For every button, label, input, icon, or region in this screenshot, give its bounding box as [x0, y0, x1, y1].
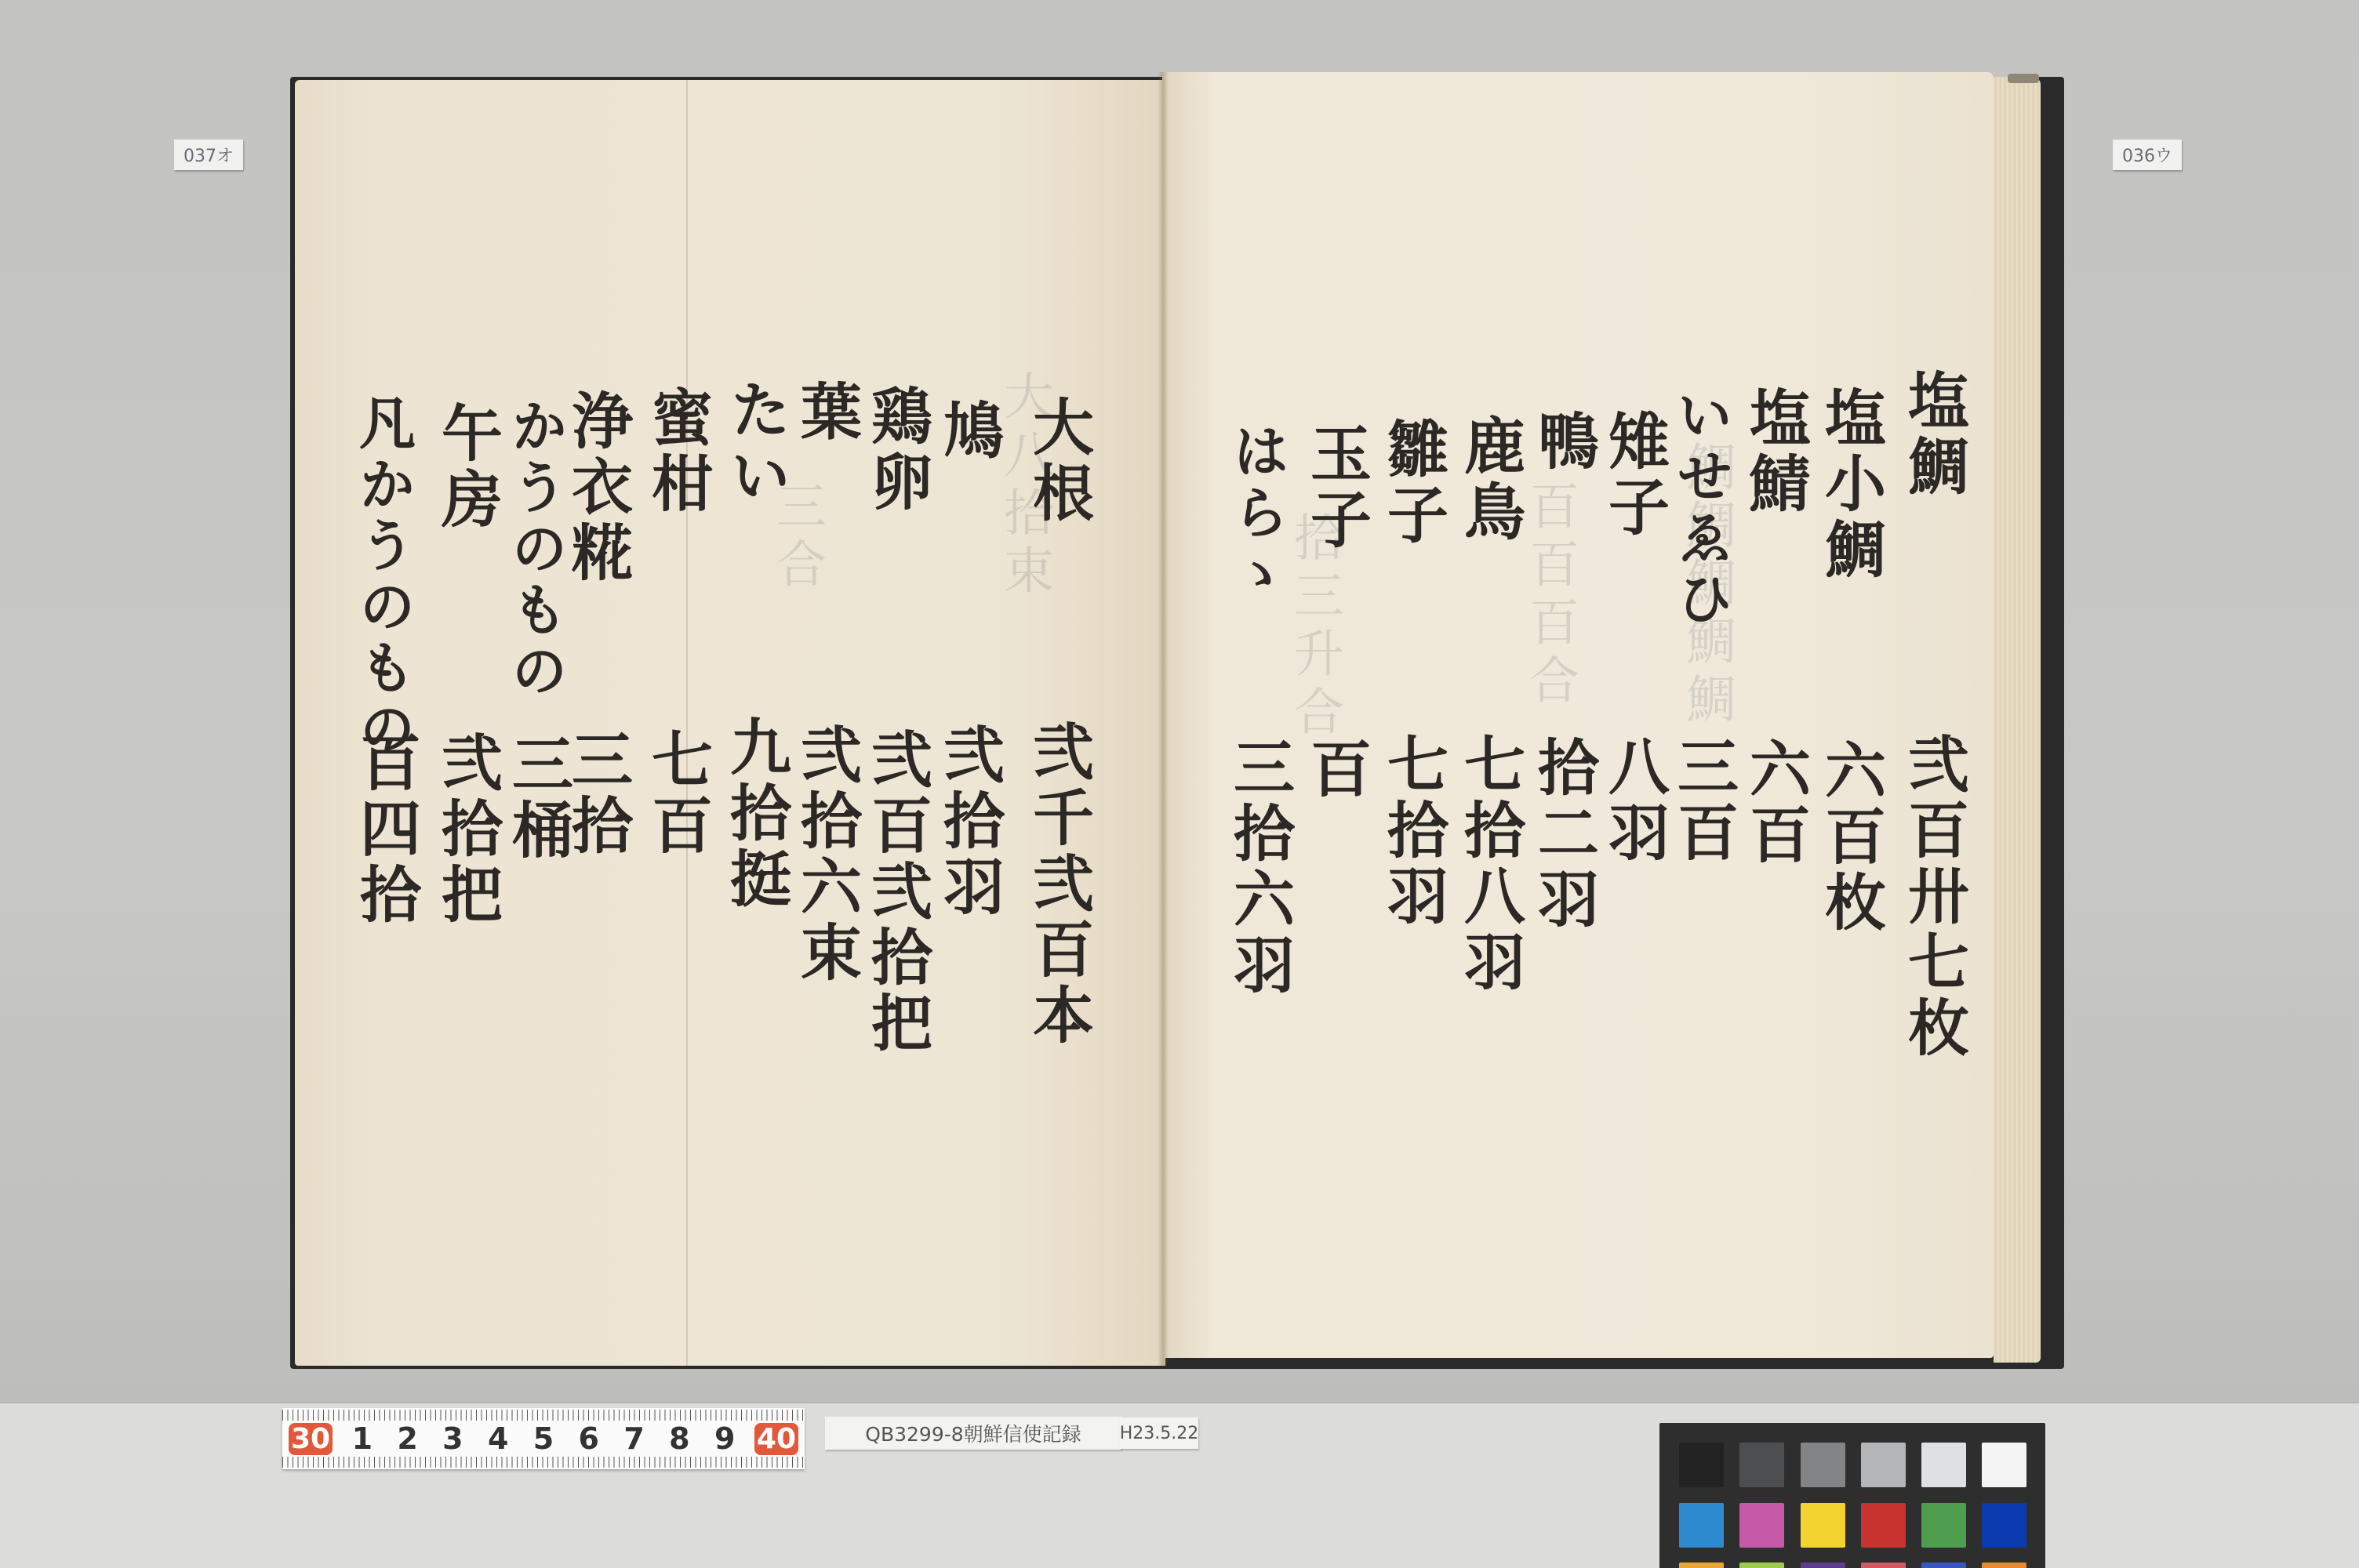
- entry-quantity: 八羽: [1603, 735, 1664, 866]
- entry-item: 浄衣糀: [566, 389, 627, 586]
- ruler-label: 5: [528, 1421, 559, 1456]
- entry-item: 鹿鳥: [1459, 414, 1520, 546]
- entry-quantity: 三拾六羽: [1228, 735, 1289, 999]
- entry-quantity: 七拾羽: [1382, 732, 1443, 930]
- left-page-number-tag: 037オ: [174, 140, 243, 170]
- book-gutter: [1158, 72, 1169, 1366]
- entry-item: 鶏卵: [866, 384, 927, 516]
- entry-item: 大根: [1027, 395, 1089, 527]
- page-stack-cap: [2008, 74, 2039, 83]
- ruler-label: 7: [619, 1421, 650, 1456]
- swatch: [1679, 1503, 1724, 1548]
- entry-item: 塩鯛: [1903, 368, 1964, 500]
- swatch: [1921, 1503, 1966, 1548]
- entry-item: 鴨: [1532, 409, 1594, 475]
- swatch: [1921, 1563, 1966, 1568]
- open-book: 鯛鯛鯛鯛鯛 百百百合 拾三升合 大八拾束 三合 塩鯛 弐百卅七枚 塩小鯛 六百枚…: [290, 72, 2063, 1366]
- entry-item: たい: [725, 378, 786, 510]
- entry-quantity: 拾二羽: [1532, 735, 1594, 933]
- entry-item: 塩鯖: [1744, 386, 1805, 517]
- entry-quantity: 百四拾: [354, 731, 416, 928]
- ruler-label: 1: [347, 1421, 378, 1456]
- entry-item: いせゑひ: [1672, 386, 1728, 630]
- page-stack-edge: [1994, 77, 2041, 1363]
- entry-item: 葉: [795, 379, 856, 445]
- entry-quantity: 弐百卅七枚: [1903, 732, 1964, 1062]
- swatch: [1982, 1503, 2026, 1548]
- swatch: [1801, 1443, 1845, 1487]
- entry-item: 雉子: [1603, 409, 1664, 541]
- entry-quantity: 七百: [646, 728, 707, 859]
- swatch: [1861, 1503, 1906, 1548]
- color-calibration-chart: [1659, 1423, 2045, 1568]
- entry-quantity: 弐拾羽: [938, 723, 999, 920]
- entry-item: はらゝ: [1228, 422, 1285, 605]
- right-page-number-tag: 036ウ: [2113, 140, 2182, 170]
- catalog-label: QB3299-8朝鮮信使記録: [825, 1417, 1121, 1450]
- ruler-label: 9: [709, 1421, 740, 1456]
- swatch: [1801, 1503, 1845, 1548]
- entry-item: 雛子: [1382, 417, 1443, 549]
- date-label: H23.5.22: [1120, 1417, 1198, 1449]
- entry-quantity: 弐千弐百本: [1027, 720, 1089, 1049]
- ruler-label-end: 40: [754, 1423, 798, 1455]
- measurement-ruler: 30 1 2 3 4 5 6 7 8 9 40: [282, 1408, 805, 1469]
- entry-quantity: 三百: [1672, 735, 1733, 866]
- ruler-label: 6: [573, 1421, 605, 1456]
- entry-quantity: 弐拾六束: [795, 723, 856, 986]
- entry-quantity: 弐拾把: [436, 731, 497, 928]
- entry-quantity: 三拾: [566, 728, 627, 859]
- entry-item: 塩小鯛: [1819, 386, 1881, 583]
- entry-item: 午房: [436, 401, 497, 533]
- entry-quantity: 六百: [1744, 737, 1805, 869]
- swatch: [1982, 1443, 2026, 1487]
- swatch: [1679, 1563, 1724, 1568]
- ruler-label: 8: [663, 1421, 695, 1456]
- entry-item: 蜜柑: [646, 386, 707, 517]
- page-fold-line: [686, 80, 688, 1366]
- entry-quantity: 弐百弐拾把: [866, 728, 927, 1057]
- swatch: [1739, 1563, 1784, 1568]
- entry-item: 玉子: [1305, 422, 1366, 554]
- entry-quantity: 九拾挺: [725, 715, 786, 913]
- ruler-label: 2: [392, 1421, 423, 1456]
- entry-quantity: 三桶: [507, 732, 568, 864]
- entry-item: かうのもの: [507, 397, 563, 702]
- swatch: [1861, 1443, 1906, 1487]
- swatch: [1739, 1443, 1784, 1487]
- ruler-label: 3: [437, 1421, 468, 1456]
- entry-item: 鳩: [938, 398, 999, 464]
- swatch: [1679, 1443, 1724, 1487]
- swatch: [1861, 1563, 1906, 1568]
- entry-quantity: 百: [1305, 737, 1366, 803]
- swatch: [1982, 1563, 2026, 1568]
- entry-quantity: 七拾八羽: [1459, 732, 1520, 996]
- swatch: [1801, 1563, 1845, 1568]
- entry-item: 凡かうのもの: [354, 394, 411, 760]
- entry-quantity: 六百枚: [1819, 739, 1881, 936]
- swatch: [1921, 1443, 1966, 1487]
- swatch: [1739, 1503, 1784, 1548]
- ruler-label: 4: [482, 1421, 514, 1456]
- ruler-label-start: 30: [289, 1423, 333, 1455]
